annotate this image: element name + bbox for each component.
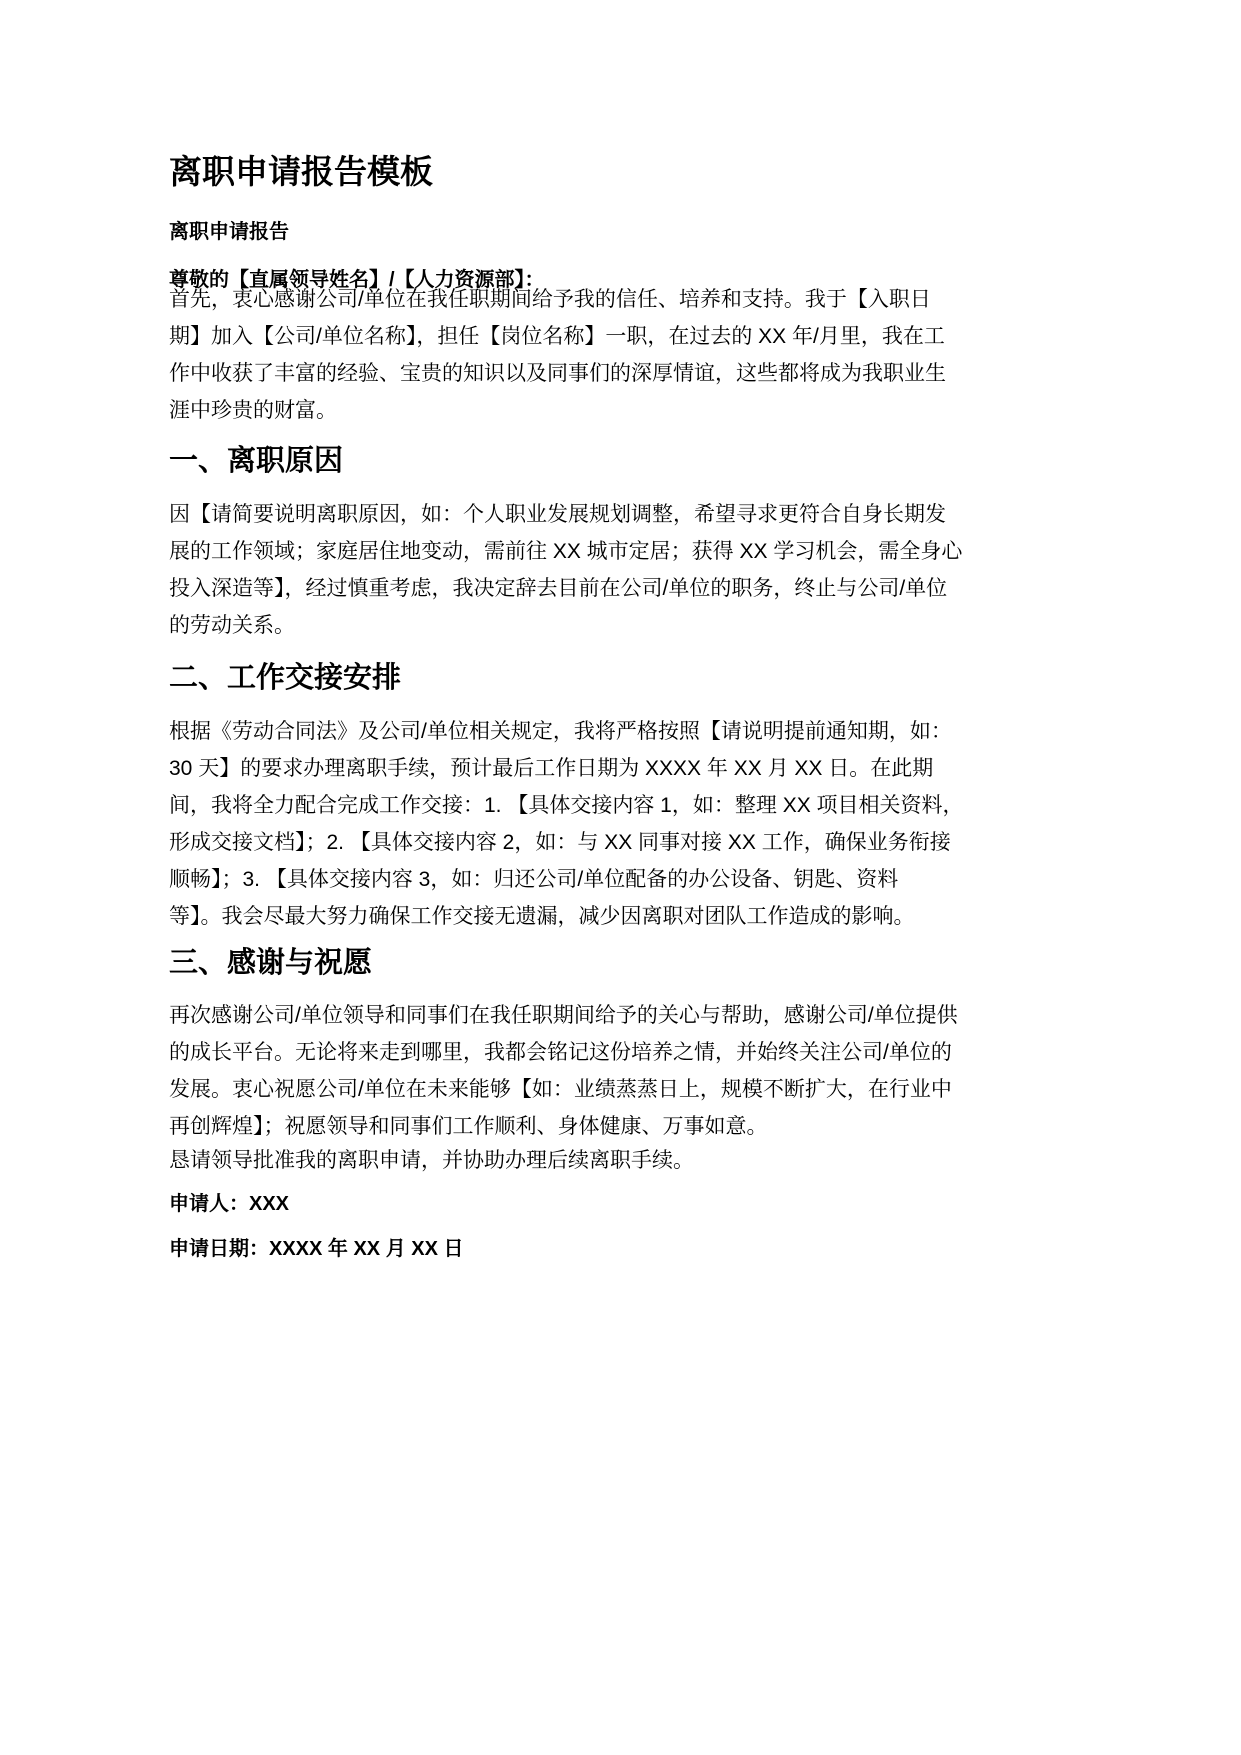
paragraph-line: 根据《劳动合同法》及公司/单位相关规定，我将严格按照【请说明提前通知期，如： bbox=[169, 713, 1069, 750]
paragraph-line: 再次感谢公司/单位领导和同事们在我任职期间给予的关心与帮助，感谢公司/单位提供 bbox=[169, 997, 1069, 1034]
paragraph-line: 的成长平台。无论将来走到哪里，我都会铭记这份培养之情，并始终关注公司/单位的 bbox=[169, 1034, 1069, 1071]
section-paragraph-resignation-reason: 因【请简要说明离职原因，如：个人职业发展规划调整，希望寻求更符合自身长期发 展的… bbox=[169, 496, 1069, 644]
paragraph-line: 因【请简要说明离职原因，如：个人职业发展规划调整，希望寻求更符合自身长期发 bbox=[169, 496, 1069, 533]
paragraph-line: 30 天】的要求办理离职手续，预计最后工作日期为 XXXX 年 XX 月 XX … bbox=[169, 750, 1069, 787]
section-heading-handover: 二、工作交接安排 bbox=[169, 660, 401, 696]
section-paragraph-handover: 根据《劳动合同法》及公司/单位相关规定，我将严格按照【请说明提前通知期，如： 3… bbox=[169, 713, 1069, 935]
paragraph-line: 展的工作领域；家庭居住地变动，需前往 XX 城市定居；获得 XX 学习机会，需全… bbox=[169, 533, 1069, 570]
paragraph-line: 投入深造等】，经过慎重考虑，我决定辞去目前在公司/单位的职务，终止与公司/单位 bbox=[169, 570, 1069, 607]
paragraph-line: 期】加入【公司/单位名称】，担任【岗位名称】一职，在过去的 XX 年/月里，我在… bbox=[169, 318, 1069, 355]
applicant-line: 申请人：XXX bbox=[169, 1190, 289, 1218]
paragraph-line: 间，我将全力配合完成工作交接：1. 【具体交接内容 1，如：整理 XX 项目相关… bbox=[169, 787, 1069, 824]
paragraph-line: 顺畅】；3. 【具体交接内容 3，如：归还公司/单位配备的办公设备、钥匙、资料 bbox=[169, 861, 1069, 898]
section-heading-thanks: 三、感谢与祝愿 bbox=[169, 945, 372, 981]
paragraph-line: 首先，衷心感谢公司/单位在我任职期间给予我的信任、培养和支持。我于【入职日 bbox=[169, 281, 1069, 318]
section-heading-resignation-reason: 一、离职原因 bbox=[169, 443, 343, 479]
paragraph-line: 等】。我会尽最大努力确保工作交接无遗漏，减少因离职对团队工作造成的影响。 bbox=[169, 898, 1069, 935]
application-date-line: 申请日期：XXXX 年 XX 月 XX 日 bbox=[169, 1235, 464, 1263]
closing-paragraph: 恳请领导批准我的离职申请，并协助办理后续离职手续。 bbox=[169, 1142, 1069, 1179]
document-title: 离职申请报告模板 bbox=[169, 152, 433, 192]
paragraph-line: 再创辉煌】；祝愿领导和同事们工作顺利、身体健康、万事如意。 bbox=[169, 1108, 1069, 1145]
section-paragraph-thanks: 再次感谢公司/单位领导和同事们在我任职期间给予的关心与帮助，感谢公司/单位提供 … bbox=[169, 997, 1069, 1145]
document-subtitle: 离职申请报告 bbox=[169, 218, 289, 246]
paragraph-line: 形成交接文档】；2. 【具体交接内容 2，如：与 XX 同事对接 XX 工作，确… bbox=[169, 824, 1069, 861]
paragraph-line: 发展。衷心祝愿公司/单位在未来能够【如：业绩蒸蒸日上，规模不断扩大，在行业中 bbox=[169, 1071, 1069, 1108]
paragraph-line: 的劳动关系。 bbox=[169, 607, 1069, 644]
paragraph-line: 作中收获了丰富的经验、宝贵的知识以及同事们的深厚情谊，这些都将成为我职业生 bbox=[169, 355, 1069, 392]
intro-paragraph: 首先，衷心感谢公司/单位在我任职期间给予我的信任、培养和支持。我于【入职日 期】… bbox=[169, 281, 1069, 429]
paragraph-line: 恳请领导批准我的离职申请，并协助办理后续离职手续。 bbox=[169, 1142, 1069, 1179]
paragraph-line: 涯中珍贵的财富。 bbox=[169, 392, 1069, 429]
